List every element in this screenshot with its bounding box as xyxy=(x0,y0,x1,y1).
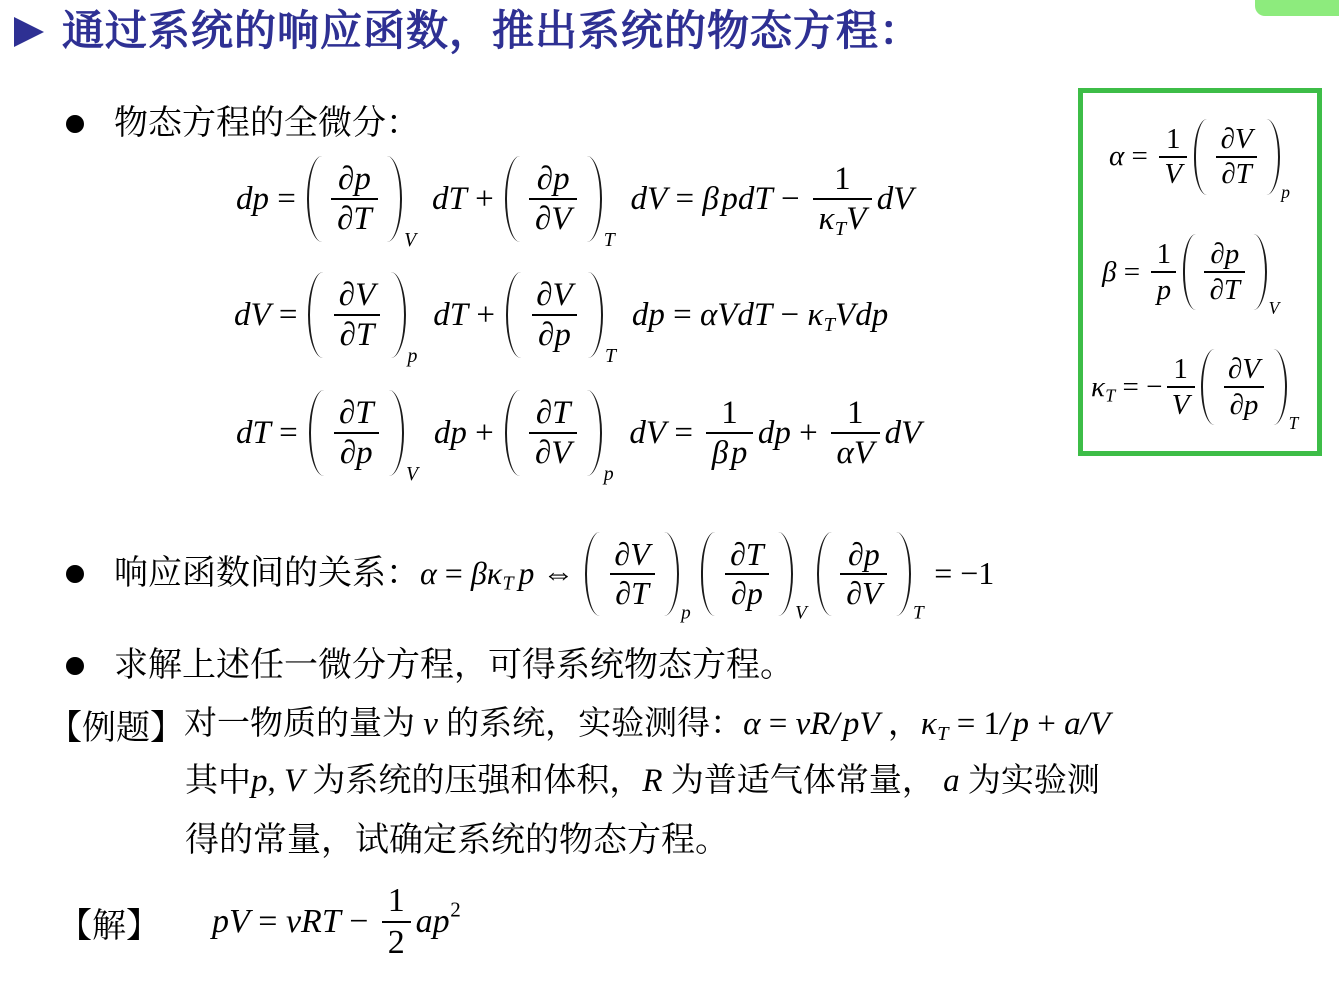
example-line-3: 得的常量，试确定系统的物态方程。 xyxy=(185,819,729,863)
bullet-relation: 响应函数间的关系： α = βκTp ⇔ ∂V∂Tp∂T∂pV∂p∂VT = −… xyxy=(66,518,994,630)
equation-dV: dV = ∂V∂TpdT + ∂V∂pTdp = αVdT − κTVdp xyxy=(234,272,888,358)
solution-tag: 【解】 xyxy=(58,898,160,947)
arrow-bullet-icon xyxy=(14,17,44,47)
example-line-1: 【例题】 对一物质的量为 ν 的系统，实验测得：α = νR/pV ，κT = … xyxy=(48,700,1110,749)
example-line-2: 其中p, V 为系统的压强和体积，R 为普适气体常量， a 为实验测 xyxy=(185,763,1100,800)
definition-kappa: κT = −1V∂V∂pT xyxy=(1091,349,1311,425)
response-functions-box: α = 1V∂V∂Tp β = 1p∂p∂TV κT = −1V∂V∂pT xyxy=(1078,88,1322,456)
slide: 通过系统的响应函数，推出系统的物态方程： 物态方程的全微分： dp = ∂p∂T… xyxy=(0,0,1339,982)
example-statement: 对一物质的量为 ν 的系统，实验测得：α = νR/pV ，κT = 1/p +… xyxy=(184,706,1110,743)
example-statement-continued: 其中p, V 为系统的压强和体积，R 为普适气体常量， a 为实验测 xyxy=(185,763,1100,800)
corner-tab xyxy=(1255,0,1339,16)
definition-alpha: α = 1V∂V∂Tp xyxy=(1109,119,1311,195)
bullet-solve-label: 求解上述任一微分方程，可得系统物态方程。 xyxy=(114,644,794,688)
solution-equation: pV = νRT − 12ap2 xyxy=(212,882,461,963)
example-tag: 【例题】 xyxy=(48,700,184,749)
bullet-total-differential-label: 物态方程的全微分： xyxy=(114,102,420,146)
definition-beta: β = 1p∂p∂TV xyxy=(1102,234,1311,310)
bullet-total-differential: 物态方程的全微分： xyxy=(66,102,420,146)
relation-equation: α = βκTp ⇔ ∂V∂Tp∂T∂pV∂p∂VT = −1 xyxy=(420,532,994,616)
bullet-dot-icon xyxy=(66,657,84,675)
equation-dp: dp = ∂p∂TVdT + ∂p∂VTdV = βpdT − 1κTVdV xyxy=(236,156,913,242)
bullet-dot-icon xyxy=(66,565,84,583)
equation-dT: dT = ∂T∂pVdp + ∂T∂VpdV = 1βpdp + 1αVdV xyxy=(236,390,921,476)
bullet-dot-icon xyxy=(66,115,84,133)
example-statement-end: 得的常量，试确定系统的物态方程。 xyxy=(185,819,729,863)
bullet-solve: 求解上述任一微分方程，可得系统物态方程。 xyxy=(66,644,794,688)
page-title: 通过系统的响应函数，推出系统的物态方程： xyxy=(14,8,922,56)
page-title-text: 通过系统的响应函数，推出系统的物态方程： xyxy=(62,8,922,56)
bullet-relation-label: 响应函数间的关系： xyxy=(114,552,420,596)
solution-line: 【解】 pV = νRT − 12ap2 xyxy=(58,872,461,972)
